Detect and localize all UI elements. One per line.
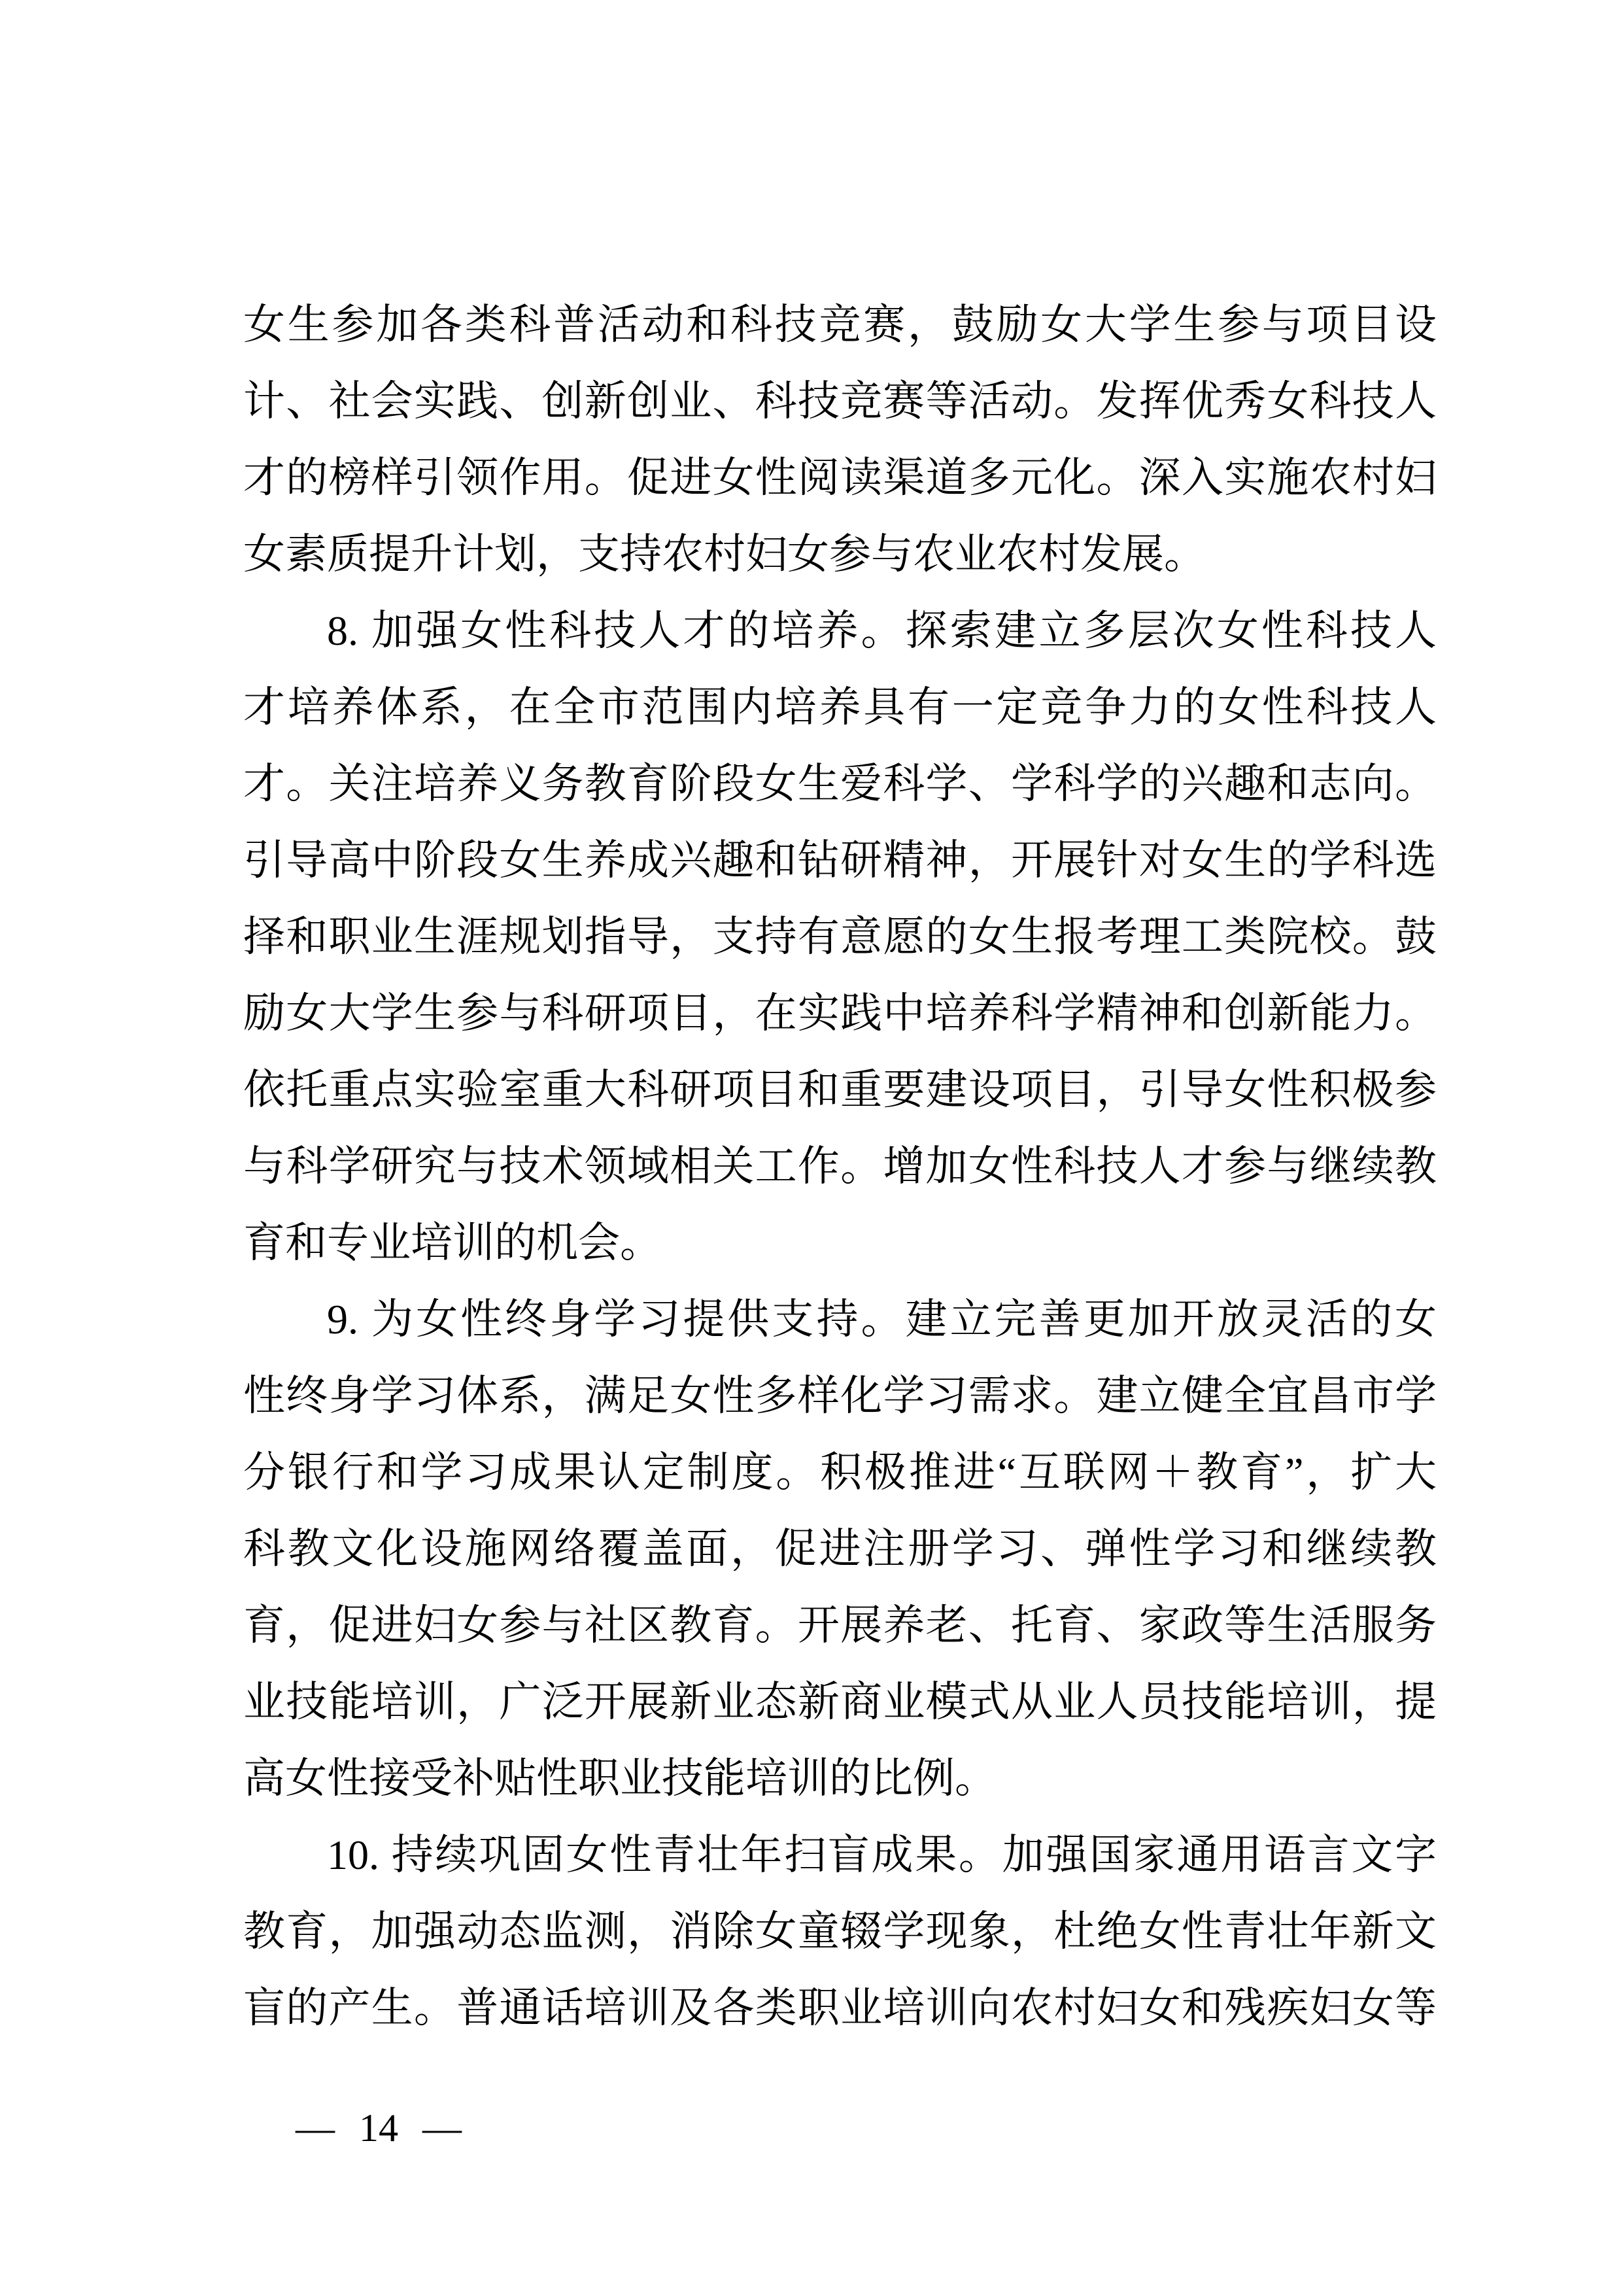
text-line: 育和专业培训的机会。 <box>243 1205 1437 1281</box>
text-line: 业技能培训，广泛开展新业态新商业模式从业人员技能培训，提 <box>243 1664 1437 1740</box>
text-line: 依托重点实验室重大科研项目和重要建设项目，引导女性积极参 <box>243 1052 1437 1128</box>
text-line: 引导高中阶段女生养成兴趣和钻研精神，开展针对女生的学科选 <box>243 822 1437 899</box>
text-line: 分银行和学习成果认定制度。积极推进“互联网＋教育”，扩大 <box>243 1434 1437 1511</box>
document-page: 女生参加各类科普活动和科技竞赛，鼓励女大学生参与项目设计、社会实践、创新创业、科… <box>0 0 1623 2296</box>
text-line: 励女大学生参与科研项目，在实践中培养科学精神和创新能力。 <box>243 975 1437 1052</box>
text-line: 盲的产生。普通话培训及各类职业培训向农村妇女和残疾妇女等 <box>243 1970 1437 2046</box>
text-line: 科教文化设施网络覆盖面，促进注册学习、弹性学习和继续教 <box>243 1511 1437 1587</box>
page-number: — 14 — <box>296 2106 462 2150</box>
text-line: 计、社会实践、创新创业、科技竞赛等活动。发挥优秀女科技人 <box>243 363 1437 439</box>
text-line: 性终身学习体系，满足女性多样化学习需求。建立健全宜昌市学 <box>243 1358 1437 1434</box>
text-line: 10. 持续巩固女性青壮年扫盲成果。加强国家通用语言文字 <box>243 1817 1437 1893</box>
text-line: 8. 加强女性科技人才的培养。探索建立多层次女性科技人 <box>243 592 1437 669</box>
text-line: 女素质提升计划，支持农村妇女参与农业农村发展。 <box>243 516 1437 592</box>
text-line: 与科学研究与技术领域相关工作。增加女性科技人才参与继续教 <box>243 1128 1437 1205</box>
text-line: 高女性接受补贴性职业技能培训的比例。 <box>243 1740 1437 1817</box>
body-text: 女生参加各类科普活动和科技竞赛，鼓励女大学生参与项目设计、社会实践、创新创业、科… <box>243 286 1437 2046</box>
text-line: 育，促进妇女参与社区教育。开展养老、托育、家政等生活服务 <box>243 1587 1437 1664</box>
text-line: 教育，加强动态监测，消除女童辍学现象，杜绝女性青壮年新文 <box>243 1893 1437 1970</box>
page-footer: — 14 — <box>296 2104 462 2151</box>
text-line: 才。关注培养义务教育阶段女生爱科学、学科学的兴趣和志向。 <box>243 745 1437 822</box>
text-line: 才的榜样引领作用。促进女性阅读渠道多元化。深入实施农村妇 <box>243 439 1437 516</box>
text-line: 9. 为女性终身学习提供支持。建立完善更加开放灵活的女 <box>243 1281 1437 1358</box>
text-line: 择和职业生涯规划指导，支持有意愿的女生报考理工类院校。鼓 <box>243 899 1437 975</box>
text-line: 才培养体系，在全市范围内培养具有一定竞争力的女性科技人 <box>243 669 1437 745</box>
text-line: 女生参加各类科普活动和科技竞赛，鼓励女大学生参与项目设 <box>243 286 1437 363</box>
